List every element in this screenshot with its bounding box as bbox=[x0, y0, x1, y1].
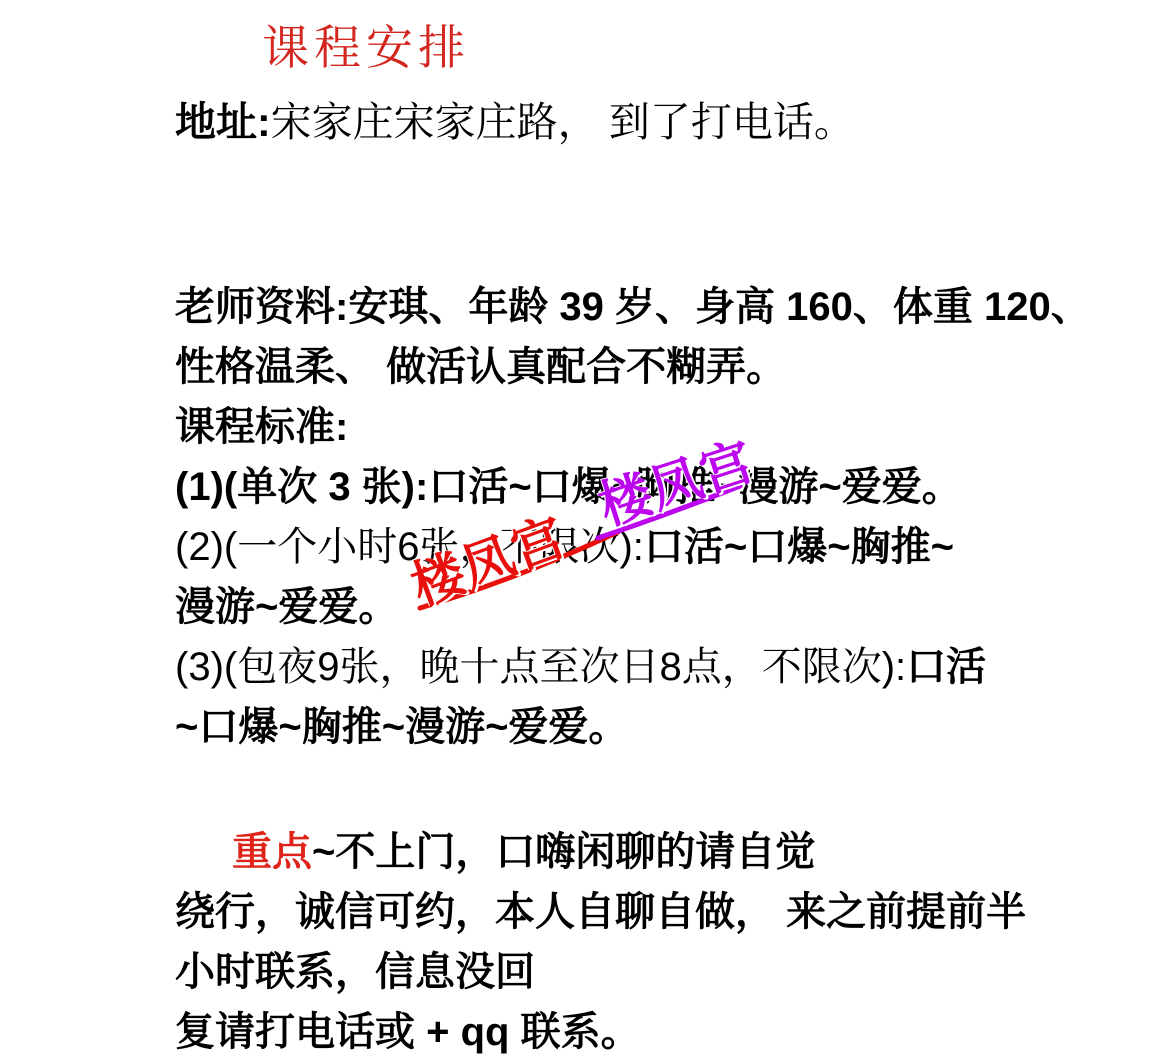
standards-item-2-cont: 漫游~爱爱。 bbox=[175, 577, 1152, 637]
notice-block: 重点~不上门，口嗨闲聊的请自觉 绕行，诚信可约，本人自聊自做， 来之前提前半 小… bbox=[175, 822, 1152, 1056]
address-label: 地址: bbox=[175, 99, 271, 145]
profile-line-2: 性格温柔、 做活认真配合不糊弄。 bbox=[175, 337, 1152, 397]
standards-item-2: (2)(一个小时6张，不限次):口活~口爆~胸推~ bbox=[175, 517, 1152, 577]
item-3-prefix: (3)(包夜9张，晚十点至次日8点，不限次): bbox=[175, 645, 906, 689]
notice-line-4: 复请打电话或 + qq 联系。 bbox=[175, 1002, 1152, 1056]
profile-line-1: 老师资料:安琪、年龄 39 岁、身高 160、体重 120、 bbox=[175, 277, 1152, 337]
document-page: { "document": { "title": "课程安排", "addres… bbox=[0, 0, 1152, 1056]
item-2-services: 口活~口爆~胸推~ bbox=[644, 525, 954, 569]
notice-line-3: 小时联系，信息没回 bbox=[175, 942, 1152, 1002]
page-title: 课程安排 bbox=[262, 22, 470, 76]
notice-line-1: 重点~不上门，口嗨闲聊的请自觉 bbox=[175, 822, 1152, 882]
address-text: 宋家庄宋家庄路， 到了打电话。 bbox=[271, 99, 855, 145]
notice-line-1-rest: ~不上门，口嗨闲聊的请自觉 bbox=[312, 830, 815, 874]
address-line: 地址:宋家庄宋家庄路， 到了打电话。 bbox=[175, 96, 855, 148]
notice-highlight: 重点 bbox=[232, 830, 312, 874]
notice-line-2: 绕行，诚信可约，本人自聊自做， 来之前提前半 bbox=[175, 882, 1152, 942]
standards-item-3: (3)(包夜9张，晚十点至次日8点，不限次):口活 bbox=[175, 637, 1152, 697]
standards-item-3-cont: ~口爆~胸推~漫游~爱爱。 bbox=[175, 697, 1152, 757]
item-3-services: 口活 bbox=[906, 645, 986, 689]
